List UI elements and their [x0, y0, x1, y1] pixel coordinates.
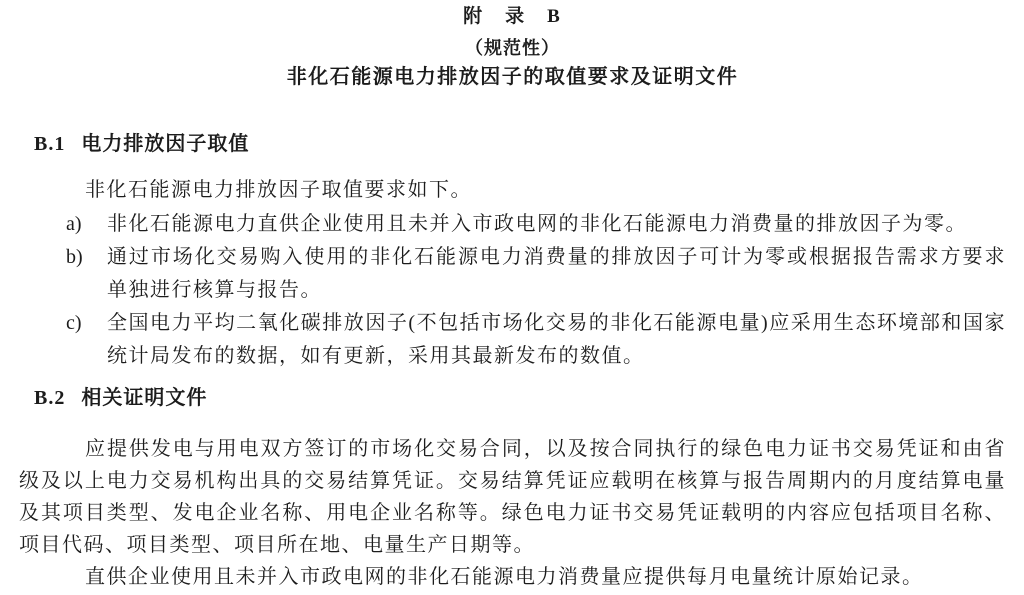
- appendix-title: 附 录 B: [19, 6, 1006, 28]
- list-item-text: 通过市场化交易购入使用的非化石能源电力消费量的排放因子可计为零或根据报告需求方要…: [107, 241, 1006, 307]
- section-heading-b2: B.2相关证明文件: [34, 387, 1006, 409]
- section-heading-b1: B.1电力排放因子取值: [34, 133, 1006, 155]
- appendix-subject-title: 非化石能源电力排放因子的取值要求及证明文件: [19, 66, 1006, 88]
- list-item-marker: b): [66, 241, 107, 274]
- section-title: 电力排放因子取值: [81, 133, 249, 155]
- list-item-text: 非化石能源电力直供企业使用且未并入市政电网的非化石能源电力消费量的排放因子为零。: [107, 208, 1006, 241]
- document-page: 附 录 B （规范性） 非化石能源电力排放因子的取值要求及证明文件 B.1电力排…: [0, 0, 1024, 595]
- section-number: B.2: [34, 387, 65, 409]
- section-title: 相关证明文件: [81, 387, 207, 409]
- section-b2-paragraph-2: 直供企业使用且未并入市政电网的非化石能源电力消费量应提供每月电量统计原始记录。: [19, 561, 1006, 593]
- list-item-marker: a): [66, 208, 107, 241]
- clause-list: a) 非化石能源电力直供企业使用且未并入市政电网的非化石能源电力消费量的排放因子…: [66, 208, 1006, 373]
- section-b2-paragraph-1: 应提供发电与用电双方签订的市场化交易合同，以及按合同执行的绿色电力证书交易凭证和…: [19, 433, 1006, 561]
- document-header: 附 录 B （规范性） 非化石能源电力排放因子的取值要求及证明文件: [19, 6, 1006, 88]
- section-b1-intro-paragraph: 非化石能源电力排放因子取值要求如下。: [19, 174, 1006, 207]
- section-number: B.1: [34, 133, 65, 155]
- normative-label: （规范性）: [19, 37, 1006, 59]
- list-item-a: a) 非化石能源电力直供企业使用且未并入市政电网的非化石能源电力消费量的排放因子…: [66, 208, 1006, 241]
- list-item-text: 全国电力平均二氧化碳排放因子(不包括市场化交易的非化石能源电量)应采用生态环境部…: [107, 307, 1006, 373]
- list-item-b: b) 通过市场化交易购入使用的非化石能源电力消费量的排放因子可计为零或根据报告需…: [66, 241, 1006, 307]
- list-item-c: c) 全国电力平均二氧化碳排放因子(不包括市场化交易的非化石能源电量)应采用生态…: [66, 307, 1006, 373]
- list-item-marker: c): [66, 307, 107, 340]
